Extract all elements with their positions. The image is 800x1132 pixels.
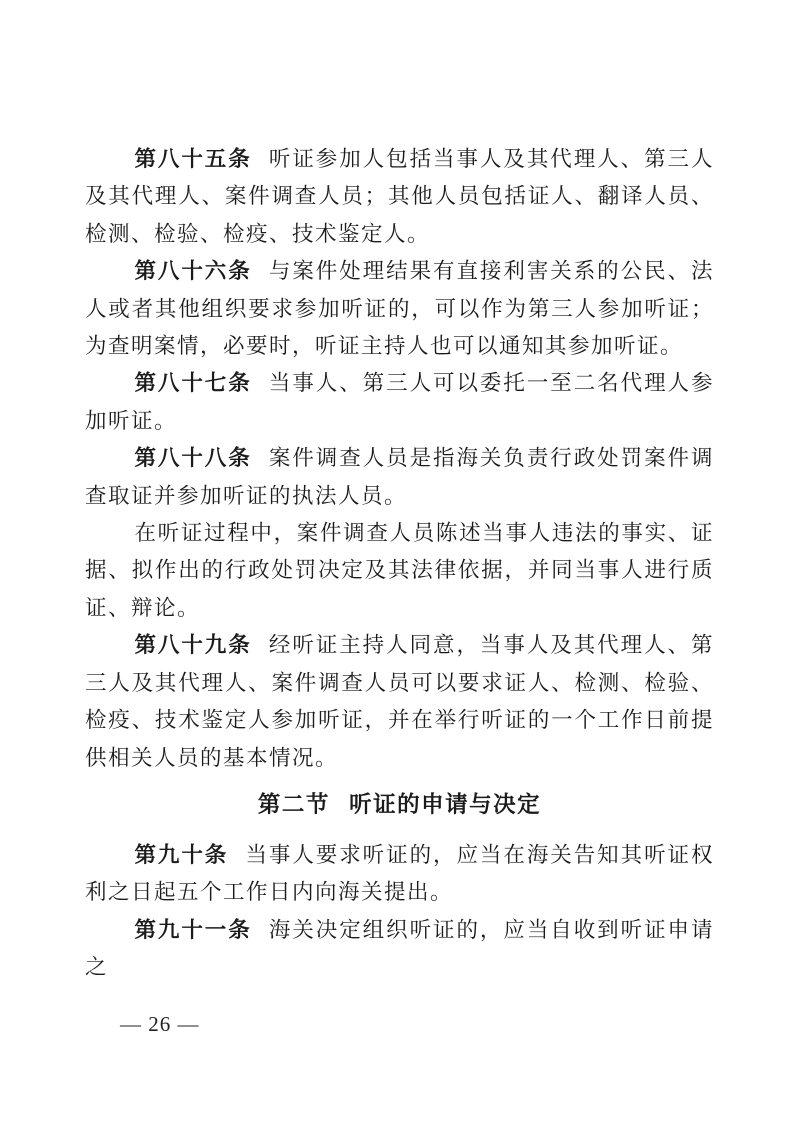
- article-paragraph: 第九十条当事人要求听证的，应当在海关告知其听证权利之日起五个工作日内向海关提出。: [85, 837, 714, 912]
- article-paragraph: 第八十五条听证参加人包括当事人及其代理人、第三人及其代理人、案件调查人员；其他人…: [85, 141, 714, 253]
- page-footer: — 26 —: [120, 1012, 200, 1037]
- document-page: 第八十五条听证参加人包括当事人及其代理人、第三人及其代理人、案件调查人员；其他人…: [0, 0, 800, 1132]
- section-heading: 第二节听证的申请与决定: [85, 786, 714, 824]
- article-paragraph: 第八十九条经听证主持人同意，当事人及其代理人、第三人及其代理人、案件调查人员可以…: [85, 627, 714, 777]
- article-number: 第八十五条: [134, 147, 251, 171]
- article-number: 第九十条: [134, 843, 228, 867]
- article-paragraph: 第八十七条当事人、第三人可以委托一至二名代理人参加听证。: [85, 365, 714, 440]
- article-number: 第九十一条: [134, 918, 251, 942]
- article-number: 第八十八条: [134, 446, 251, 470]
- section-title: 听证的申请与决定: [349, 792, 541, 817]
- article-number: 第八十九条: [134, 633, 251, 657]
- section-number: 第二节: [258, 792, 330, 817]
- article-number: 第八十七条: [134, 371, 251, 395]
- article-paragraph: 第八十六条与案件处理结果有直接利害关系的公民、法人或者其他组织要求参加听证的，可…: [85, 253, 714, 365]
- body-paragraph: 在听证过程中，案件调查人员陈述当事人违法的事实、证据、拟作出的行政处罚决定及其法…: [85, 515, 714, 627]
- article-paragraph: 第九十一条海关决定组织听证的，应当自收到听证申请之: [85, 912, 714, 987]
- page-number: — 26 —: [120, 1012, 200, 1036]
- document-content: 第八十五条听证参加人包括当事人及其代理人、第三人及其代理人、案件调查人员；其他人…: [85, 141, 714, 987]
- paragraph-text: 在听证过程中，案件调查人员陈述当事人违法的事实、证据、拟作出的行政处罚决定及其法…: [85, 521, 714, 620]
- article-paragraph: 第八十八条案件调查人员是指海关负责行政处罚案件调查取证并参加听证的执法人员。: [85, 440, 714, 515]
- article-number: 第八十六条: [134, 259, 251, 283]
